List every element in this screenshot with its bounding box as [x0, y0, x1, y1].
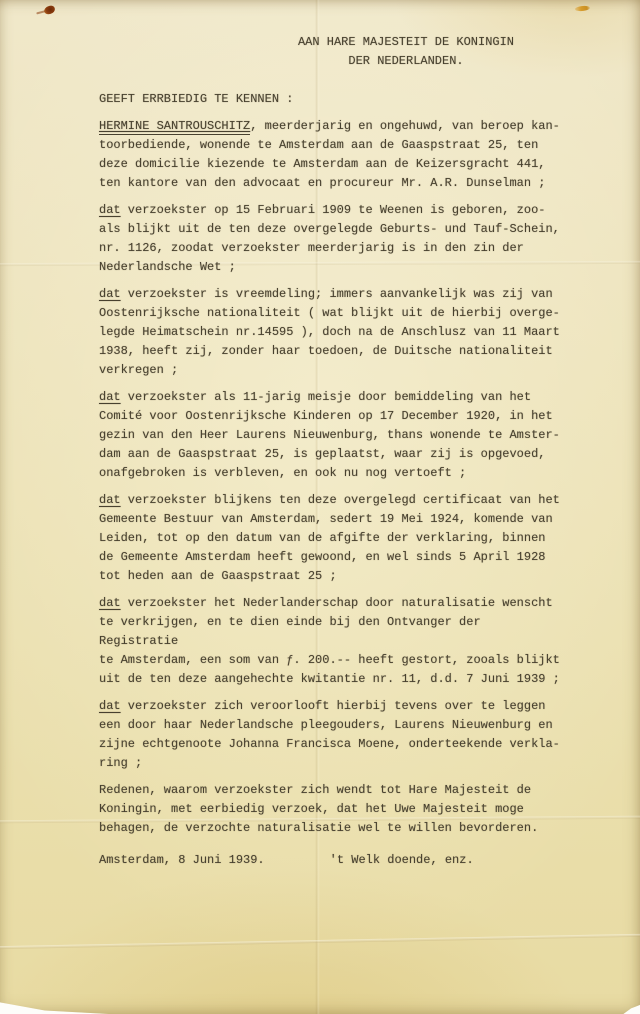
paragraph-petitioner: HERMINE SANTROUSCHITZ, meerderjarig en o…	[99, 117, 562, 193]
paragraph-nationality: dat verzoekster is vreemdeling; immers a…	[99, 285, 562, 380]
dat-lead: dat	[99, 699, 121, 713]
dat-lead: dat	[99, 493, 121, 507]
paragraph-foster-family: dat verzoekster als 11-jarig meisje door…	[99, 388, 562, 483]
paragraph-text: verzoekster is vreemdeling; immers aanva…	[99, 287, 560, 377]
addressee-block: AAN HARE MAJESTEIT DE KONINGIN DER NEDER…	[289, 33, 523, 71]
closing-formula: 't Welk doende, enz.	[330, 851, 474, 870]
petitioner-name: HERMINE SANTROUSCHITZ	[99, 119, 250, 135]
paragraph-text: verzoekster op 15 Februari 1909 te Weene…	[99, 203, 560, 274]
paragraph-declaration: dat verzoekster zich veroorlooft hierbij…	[99, 697, 562, 773]
addressee-line-2: DER NEDERLANDEN.	[289, 52, 523, 71]
paragraph-text: verzoekster zich veroorlooft hierbij tev…	[99, 699, 560, 770]
paragraph-birth: dat verzoekster op 15 Februari 1909 te W…	[99, 201, 562, 277]
scanned-document-page: AAN HARE MAJESTEIT DE KONINGIN DER NEDER…	[0, 0, 640, 1014]
salutation: GEEFT ERRBIEDIG TE KENNEN :	[99, 90, 562, 109]
paragraph-text: verzoekster als 11-jarig meisje door bem…	[99, 390, 560, 480]
paragraph-text: verzoekster blijkens ten deze overgelegd…	[99, 493, 560, 583]
addressee-line-1: AAN HARE MAJESTEIT DE KONINGIN	[289, 33, 523, 52]
typewritten-text: AAN HARE MAJESTEIT DE KONINGIN DER NEDER…	[0, 0, 640, 1014]
paragraph-text: verzoekster het Nederlanderschap door na…	[99, 596, 560, 686]
closing-block: Amsterdam, 8 Juni 1939. 't Welk doende, …	[99, 851, 562, 870]
paragraph-payment: dat verzoekster het Nederlanderschap doo…	[99, 594, 562, 689]
closing-place-date: Amsterdam, 8 Juni 1939.	[99, 851, 265, 870]
paragraph-request: Redenen, waarom verzoekster zich wendt t…	[99, 781, 562, 838]
dat-lead: dat	[99, 287, 121, 301]
dat-lead: dat	[99, 203, 121, 217]
dat-lead: dat	[99, 390, 121, 404]
paper-sheet: AAN HARE MAJESTEIT DE KONINGIN DER NEDER…	[0, 0, 640, 1014]
dat-lead: dat	[99, 596, 121, 610]
paragraph-text: Redenen, waarom verzoekster zich wendt t…	[99, 783, 538, 835]
paragraph-residence: dat verzoekster blijkens ten deze overge…	[99, 491, 562, 586]
